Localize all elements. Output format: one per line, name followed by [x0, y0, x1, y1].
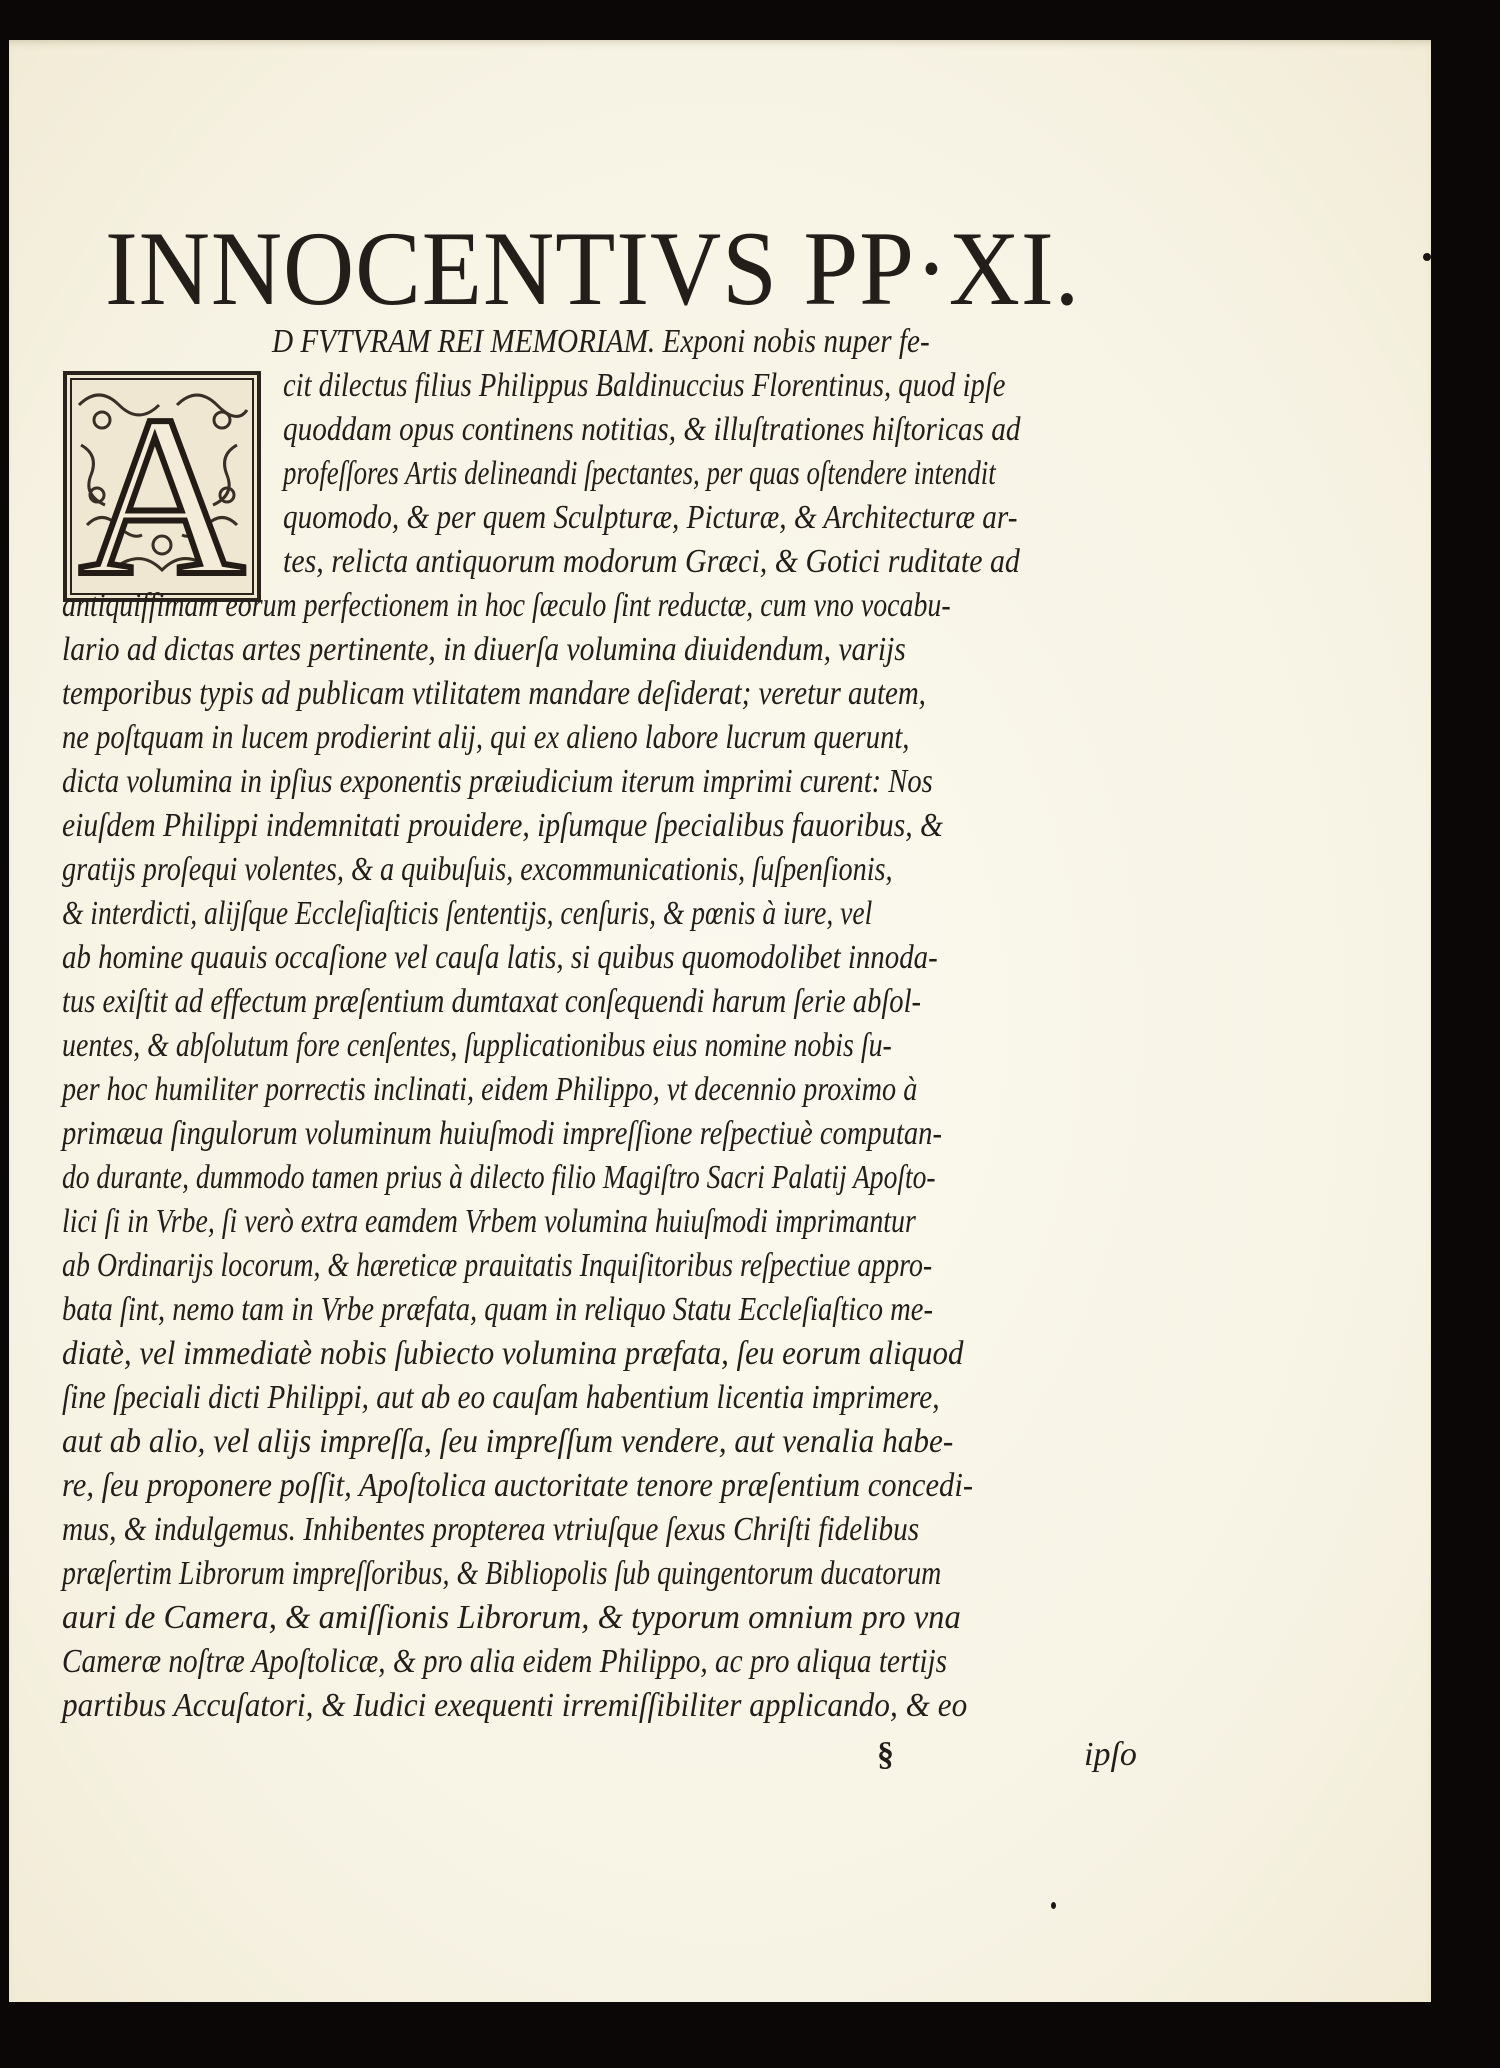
text-line: & interdicti, alijſque Eccleſiaſticis ſe…: [62, 897, 872, 931]
initial-letter: A: [79, 381, 245, 603]
text-line: dicta volumina in ipſius exponentis præi…: [62, 765, 933, 799]
text-line: uentes, & abſolutum fore cenſentes, ſupp…: [62, 1029, 892, 1063]
signature-mark: §: [877, 1736, 894, 1774]
text-line: auri de Camera, & amiſſionis Librorum, &…: [62, 1601, 961, 1635]
text-line: tus exiſtit ad effectum præſentium dumta…: [62, 985, 921, 1019]
text-line: ſine ſpeciali dicti Philippi, aut ab eo …: [62, 1381, 940, 1415]
text-line: D FVTVRAM REI MEMORIAM. Exponi nobis nup…: [272, 325, 930, 359]
document-page: INNOCENTIVS PP·XI. A D FVTVRAM REI MEMOR…: [9, 40, 1431, 2002]
text-line: mus, & indulgemus. Inhibentes propterea …: [62, 1513, 919, 1547]
text-line: ne poſtquam in lucem prodierint alij, qu…: [62, 721, 909, 755]
text-line: lici ſi in Vrbe, ſi verò extra eamdem Vr…: [62, 1205, 916, 1239]
text-line: temporibus typis ad publicam vtilitatem …: [62, 677, 926, 711]
text-line: ab homine quauis occaſione vel cauſa lat…: [62, 941, 938, 975]
ink-speck: [1051, 1902, 1056, 1909]
stray-dot: [1423, 253, 1431, 261]
text-line: primæua ſingulorum voluminum huiuſmodi i…: [62, 1117, 942, 1151]
text-line: antiquiſſimam eorum perfectionem in hoc …: [62, 589, 951, 623]
text-line: tes, relicta antiquorum modorum Græci, &…: [283, 545, 1020, 579]
text-line: diatè, vel immediatè nobis ſubiecto volu…: [62, 1337, 963, 1371]
text-line: quoddam opus continens notitias, & illuſ…: [283, 413, 1021, 447]
decorated-initial: A: [63, 371, 261, 602]
text-line: aut ab alio, vel alijs impreſſa, ſeu imp…: [62, 1425, 953, 1459]
text-line: præſertim Librorum impreſſoribus, & Bibl…: [62, 1557, 941, 1591]
text-line: profeſſores Artis delineandi ſpectantes,…: [283, 457, 996, 491]
catchword: ipſo: [1084, 1736, 1137, 1774]
page-title: INNOCENTIVS PP·XI.: [105, 216, 1147, 322]
text-line: per hoc humiliter porrectis inclinati, e…: [62, 1073, 917, 1107]
text-line: bata ſint, nemo tam in Vrbe præfata, qua…: [62, 1293, 933, 1327]
text-line: eiuſdem Philippi indemnitati prouidere, …: [62, 809, 943, 843]
text-line: Cameræ noſtræ Apoſtolicæ, & pro alia eid…: [62, 1645, 947, 1679]
text-line: cit dilectus filius Philippus Baldinucci…: [283, 369, 1005, 403]
text-line: re, ſeu proponere poſſit, Apoſtolica auc…: [62, 1469, 973, 1503]
text-line: quomodo, & per quem Sculpturæ, Picturæ, …: [283, 501, 1017, 535]
text-line: do durante, dummodo tamen prius à dilect…: [62, 1161, 936, 1195]
text-line: gratijs proſequi volentes, & a quibuſuis…: [62, 853, 893, 887]
text-line: ab Ordinarijs locorum, & hæreticæ prauit…: [62, 1249, 932, 1283]
text-line: lario ad dictas artes pertinente, in diu…: [62, 633, 906, 667]
text-line: partibus Accuſatori, & Iudici exequenti …: [62, 1689, 967, 1723]
